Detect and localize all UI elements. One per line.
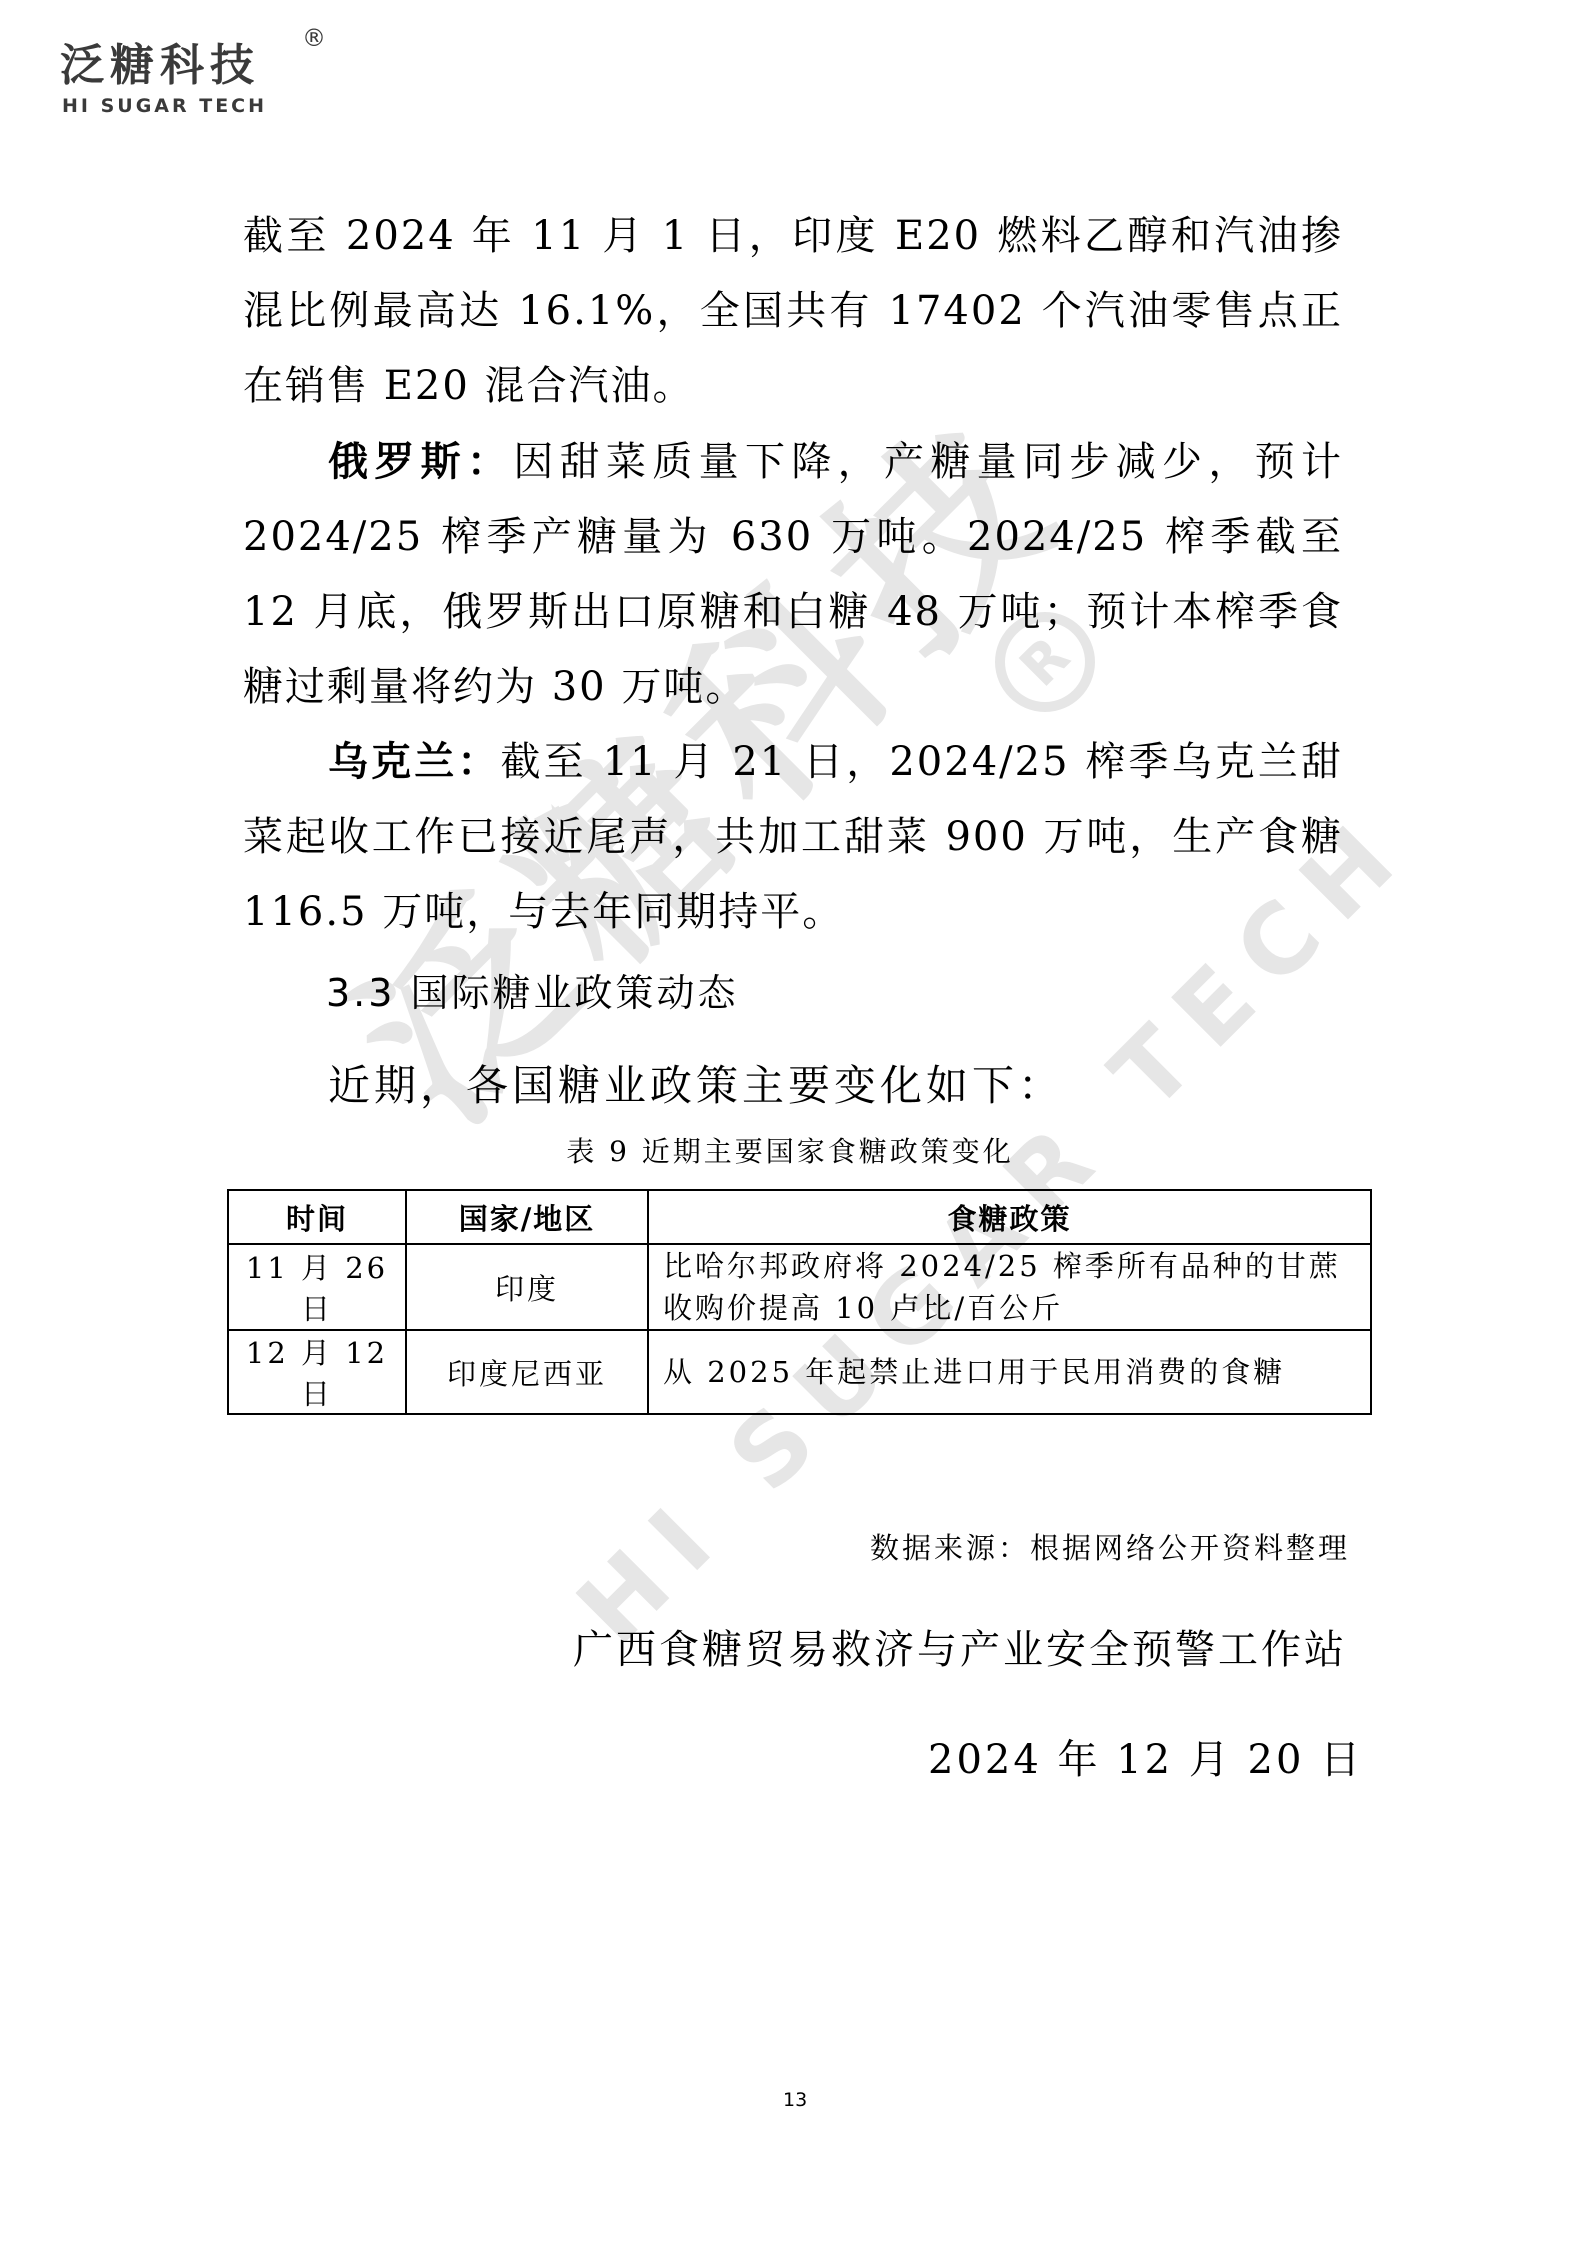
column-header-policy: 食糖政策: [648, 1190, 1371, 1244]
cell-time: 12 月 12 日: [228, 1330, 406, 1414]
table-source-note: 数据来源：根据网络公开资料整理: [870, 1528, 1350, 1568]
paragraph-india-text: 截至 2024 年 11 月 1 日，印度 E20 燃料乙醇和汽油掺混比例最高达…: [243, 213, 1343, 409]
paragraph-ukraine: 乌克兰：截至 11 月 21 日，2024/25 榨季乌克兰甜菜起收工作已接近尾…: [243, 724, 1343, 950]
cell-time: 11 月 26 日: [228, 1244, 406, 1330]
table-header-row: 时间 国家/地区 食糖政策: [228, 1190, 1371, 1244]
registered-trademark-icon: ®: [302, 24, 326, 52]
section-intro: 近期，各国糖业政策主要变化如下：: [328, 1056, 1064, 1116]
logo-chinese-name: 泛糖科技: [60, 40, 260, 92]
cell-country: 印度尼西亚: [406, 1330, 648, 1414]
page-number: 13: [783, 2088, 807, 2112]
policy-table: 时间 国家/地区 食糖政策 11 月 26 日 印度 比哈尔邦政府将 2024/…: [227, 1189, 1372, 1415]
column-header-country: 国家/地区: [406, 1190, 648, 1244]
cell-country: 印度: [406, 1244, 648, 1330]
signature-date: 2024 年 12 月 20 日: [928, 1730, 1363, 1790]
table-caption: 表 9 近期主要国家食糖政策变化: [560, 1134, 1020, 1170]
cell-policy: 从 2025 年起禁止进口用于民用消费的食糖: [648, 1330, 1371, 1414]
paragraph-india: 截至 2024 年 11 月 1 日，印度 E20 燃料乙醇和汽油掺混比例最高达…: [243, 199, 1343, 424]
signature-organization: 广西食糖贸易救济与产业安全预警工作站: [573, 1620, 1347, 1680]
table-row: 11 月 26 日 印度 比哈尔邦政府将 2024/25 榨季所有品种的甘蔗收购…: [228, 1244, 1371, 1330]
section-heading: 3.3 国际糖业政策动态: [326, 968, 739, 1018]
cell-policy: 比哈尔邦政府将 2024/25 榨季所有品种的甘蔗收购价提高 10 卢比/百公斤: [648, 1244, 1371, 1330]
paragraph-russia-label: 俄罗斯：: [328, 438, 513, 485]
paragraph-ukraine-label: 乌克兰：: [328, 738, 501, 785]
paragraph-russia: 俄罗斯：因甜菜质量下降，产糖量同步减少，预计 2024/25 榨季产糖量为 63…: [243, 424, 1343, 725]
table-row: 12 月 12 日 印度尼西亚 从 2025 年起禁止进口用于民用消费的食糖: [228, 1330, 1371, 1414]
logo-english-name: HI SUGAR TECH: [62, 96, 267, 116]
column-header-time: 时间: [228, 1190, 406, 1244]
